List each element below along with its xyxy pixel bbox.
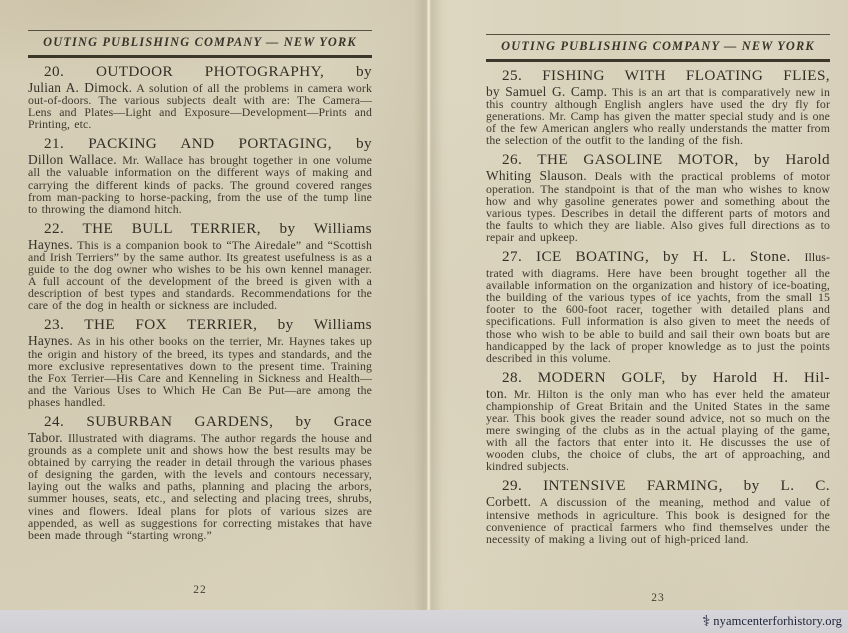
entry-heading: 21. PACKING AND PORTAGING, by (28, 135, 372, 153)
entry-number: 21. (44, 135, 64, 152)
entry-title: THE GASOLINE MOTOR, by Harold (537, 151, 830, 168)
gutter-crease (414, 0, 442, 610)
catalog-entry: 26. THE GASOLINE MOTOR, by Harold Whitin… (486, 151, 830, 243)
entry-title: SUBURBAN GARDENS, by Grace (86, 413, 372, 430)
page-header: OUTING PUBLISHING COMPANY — NEW YORK (486, 35, 830, 58)
entry-description: Mr. Hilton is the only man who has ever … (486, 387, 830, 474)
page-number: 23 (486, 592, 830, 604)
entry-title: OUTDOOR PHOTOGRAPHY, by (96, 63, 372, 80)
library-watermark: ⚕ nyamcenterforhistory.org (702, 614, 842, 629)
entry-number: 28. (502, 369, 522, 386)
page-number: 22 (28, 584, 372, 596)
left-page: OUTING PUBLISHING COMPANY — NEW YORK 20.… (28, 30, 372, 541)
catalog-entry: 22. THE BULL TERRIER, by Williams Haynes… (28, 220, 372, 312)
entry-heading: 27. ICE BOATING, by H. L. Stone. Illus- (486, 248, 830, 266)
entry-heading: 28. MODERN GOLF, by Harold H. Hil- (486, 369, 830, 387)
book-scan: OUTING PUBLISHING COMPANY — NEW YORK 20.… (0, 0, 848, 633)
scanner-strip: ⚕ nyamcenterforhistory.org (0, 610, 848, 633)
catalog-entry: 27. ICE BOATING, by H. L. Stone. Illus- … (486, 248, 830, 364)
entry-body: Whiting Slauson. Deals with the practica… (486, 170, 830, 243)
running-head: OUTING PUBLISHING COMPANY — NEW YORK (28, 30, 372, 58)
entry-body: trated with diagrams. Here have been bro… (486, 267, 830, 364)
entry-body: Haynes. This is a companion book to “The… (28, 239, 372, 312)
entry-title: THE FOX TERRIER, by Williams (84, 316, 372, 333)
catalog-entry: 20. OUTDOOR PHOTOGRAPHY, by Julian A. Di… (28, 63, 372, 130)
entry-list: 20. OUTDOOR PHOTOGRAPHY, by Julian A. Di… (28, 63, 372, 541)
entry-number: 22. (44, 220, 64, 237)
catalog-entry: 24. SUBURBAN GARDENS, by Grace Tabor. Il… (28, 413, 372, 541)
entry-heading: 26. THE GASOLINE MOTOR, by Harold (486, 151, 830, 169)
catalog-entry: 25. FISHING WITH FLOATING FLIES, by Samu… (486, 67, 830, 146)
entry-number: 24. (44, 413, 64, 430)
header-rule-thick (28, 55, 372, 58)
entry-body: Tabor. Illustrated with diagrams. The au… (28, 432, 372, 541)
entry-heading: 25. FISHING WITH FLOATING FLIES, (486, 67, 830, 85)
entry-title: ICE BOATING, by H. L. Stone. (536, 248, 791, 265)
running-head: OUTING PUBLISHING COMPANY — NEW YORK (486, 34, 830, 62)
entry-body: Julian A. Dimock. A solution of all the … (28, 82, 372, 130)
entry-list: 25. FISHING WITH FLOATING FLIES, by Samu… (486, 67, 830, 545)
entry-body: Corbett. A discussion of the meaning, me… (486, 496, 830, 544)
header-rule-thick (486, 59, 830, 62)
asclepius-staff-icon: ⚕ (702, 614, 710, 629)
entry-title: FISHING WITH FLOATING FLIES, (542, 67, 830, 84)
entry-title: INTENSIVE FARMING, by L. C. (543, 477, 830, 494)
entry-description: trated with diagrams. Here have been bro… (486, 266, 830, 365)
catalog-entry: 23. THE FOX TERRIER, by Williams Haynes.… (28, 316, 372, 408)
entry-body: by Samuel G. Camp. This is an art that i… (486, 86, 830, 146)
catalog-entry: 21. PACKING AND PORTAGING, by Dillon Wal… (28, 135, 372, 214)
watermark-text: nyamcenterforhistory.org (713, 614, 842, 629)
entry-number: 26. (502, 151, 522, 168)
page-header: OUTING PUBLISHING COMPANY — NEW YORK (28, 31, 372, 54)
entry-body: Dillon Wallace. Mr. Wallace has brought … (28, 154, 372, 214)
entry-heading: 29. INTENSIVE FARMING, by L. C. (486, 477, 830, 495)
entry-description: Illustrated with diagrams. The author re… (28, 431, 372, 542)
catalog-entry: 28. MODERN GOLF, by Harold H. Hil- ton. … (486, 369, 830, 473)
entry-description: This is a companion book to “The Airedal… (28, 238, 372, 312)
entry-description: As in his other books on the terrier, Mr… (28, 334, 372, 408)
right-page: OUTING PUBLISHING COMPANY — NEW YORK 25.… (486, 34, 830, 545)
entry-title: MODERN GOLF, by Harold H. Hil- (538, 369, 830, 386)
catalog-entry: 29. INTENSIVE FARMING, by L. C. Corbett.… (486, 477, 830, 544)
entry-title: PACKING AND PORTAGING, by (88, 135, 372, 152)
entry-heading: 24. SUBURBAN GARDENS, by Grace (28, 413, 372, 431)
entry-title: THE BULL TERRIER, by Williams (82, 220, 372, 237)
entry-heading: 20. OUTDOOR PHOTOGRAPHY, by (28, 63, 372, 81)
entry-body: ton. Mr. Hilton is the only man who has … (486, 388, 830, 473)
entry-description: Deals with the practical problems of mot… (486, 169, 830, 243)
entry-number: 25. (502, 67, 522, 84)
entry-description: A discussion of the meaning, method and … (486, 495, 830, 545)
entry-heading: 23. THE FOX TERRIER, by Williams (28, 316, 372, 334)
entry-heading: 22. THE BULL TERRIER, by Williams (28, 220, 372, 238)
entry-number: 20. (44, 63, 64, 80)
entry-title-tail: Illus- (804, 250, 830, 264)
entry-body: Haynes. As in his other books on the ter… (28, 335, 372, 408)
entry-number: 23. (44, 316, 64, 333)
entry-number: 27. (502, 248, 522, 265)
entry-number: 29. (502, 477, 522, 494)
